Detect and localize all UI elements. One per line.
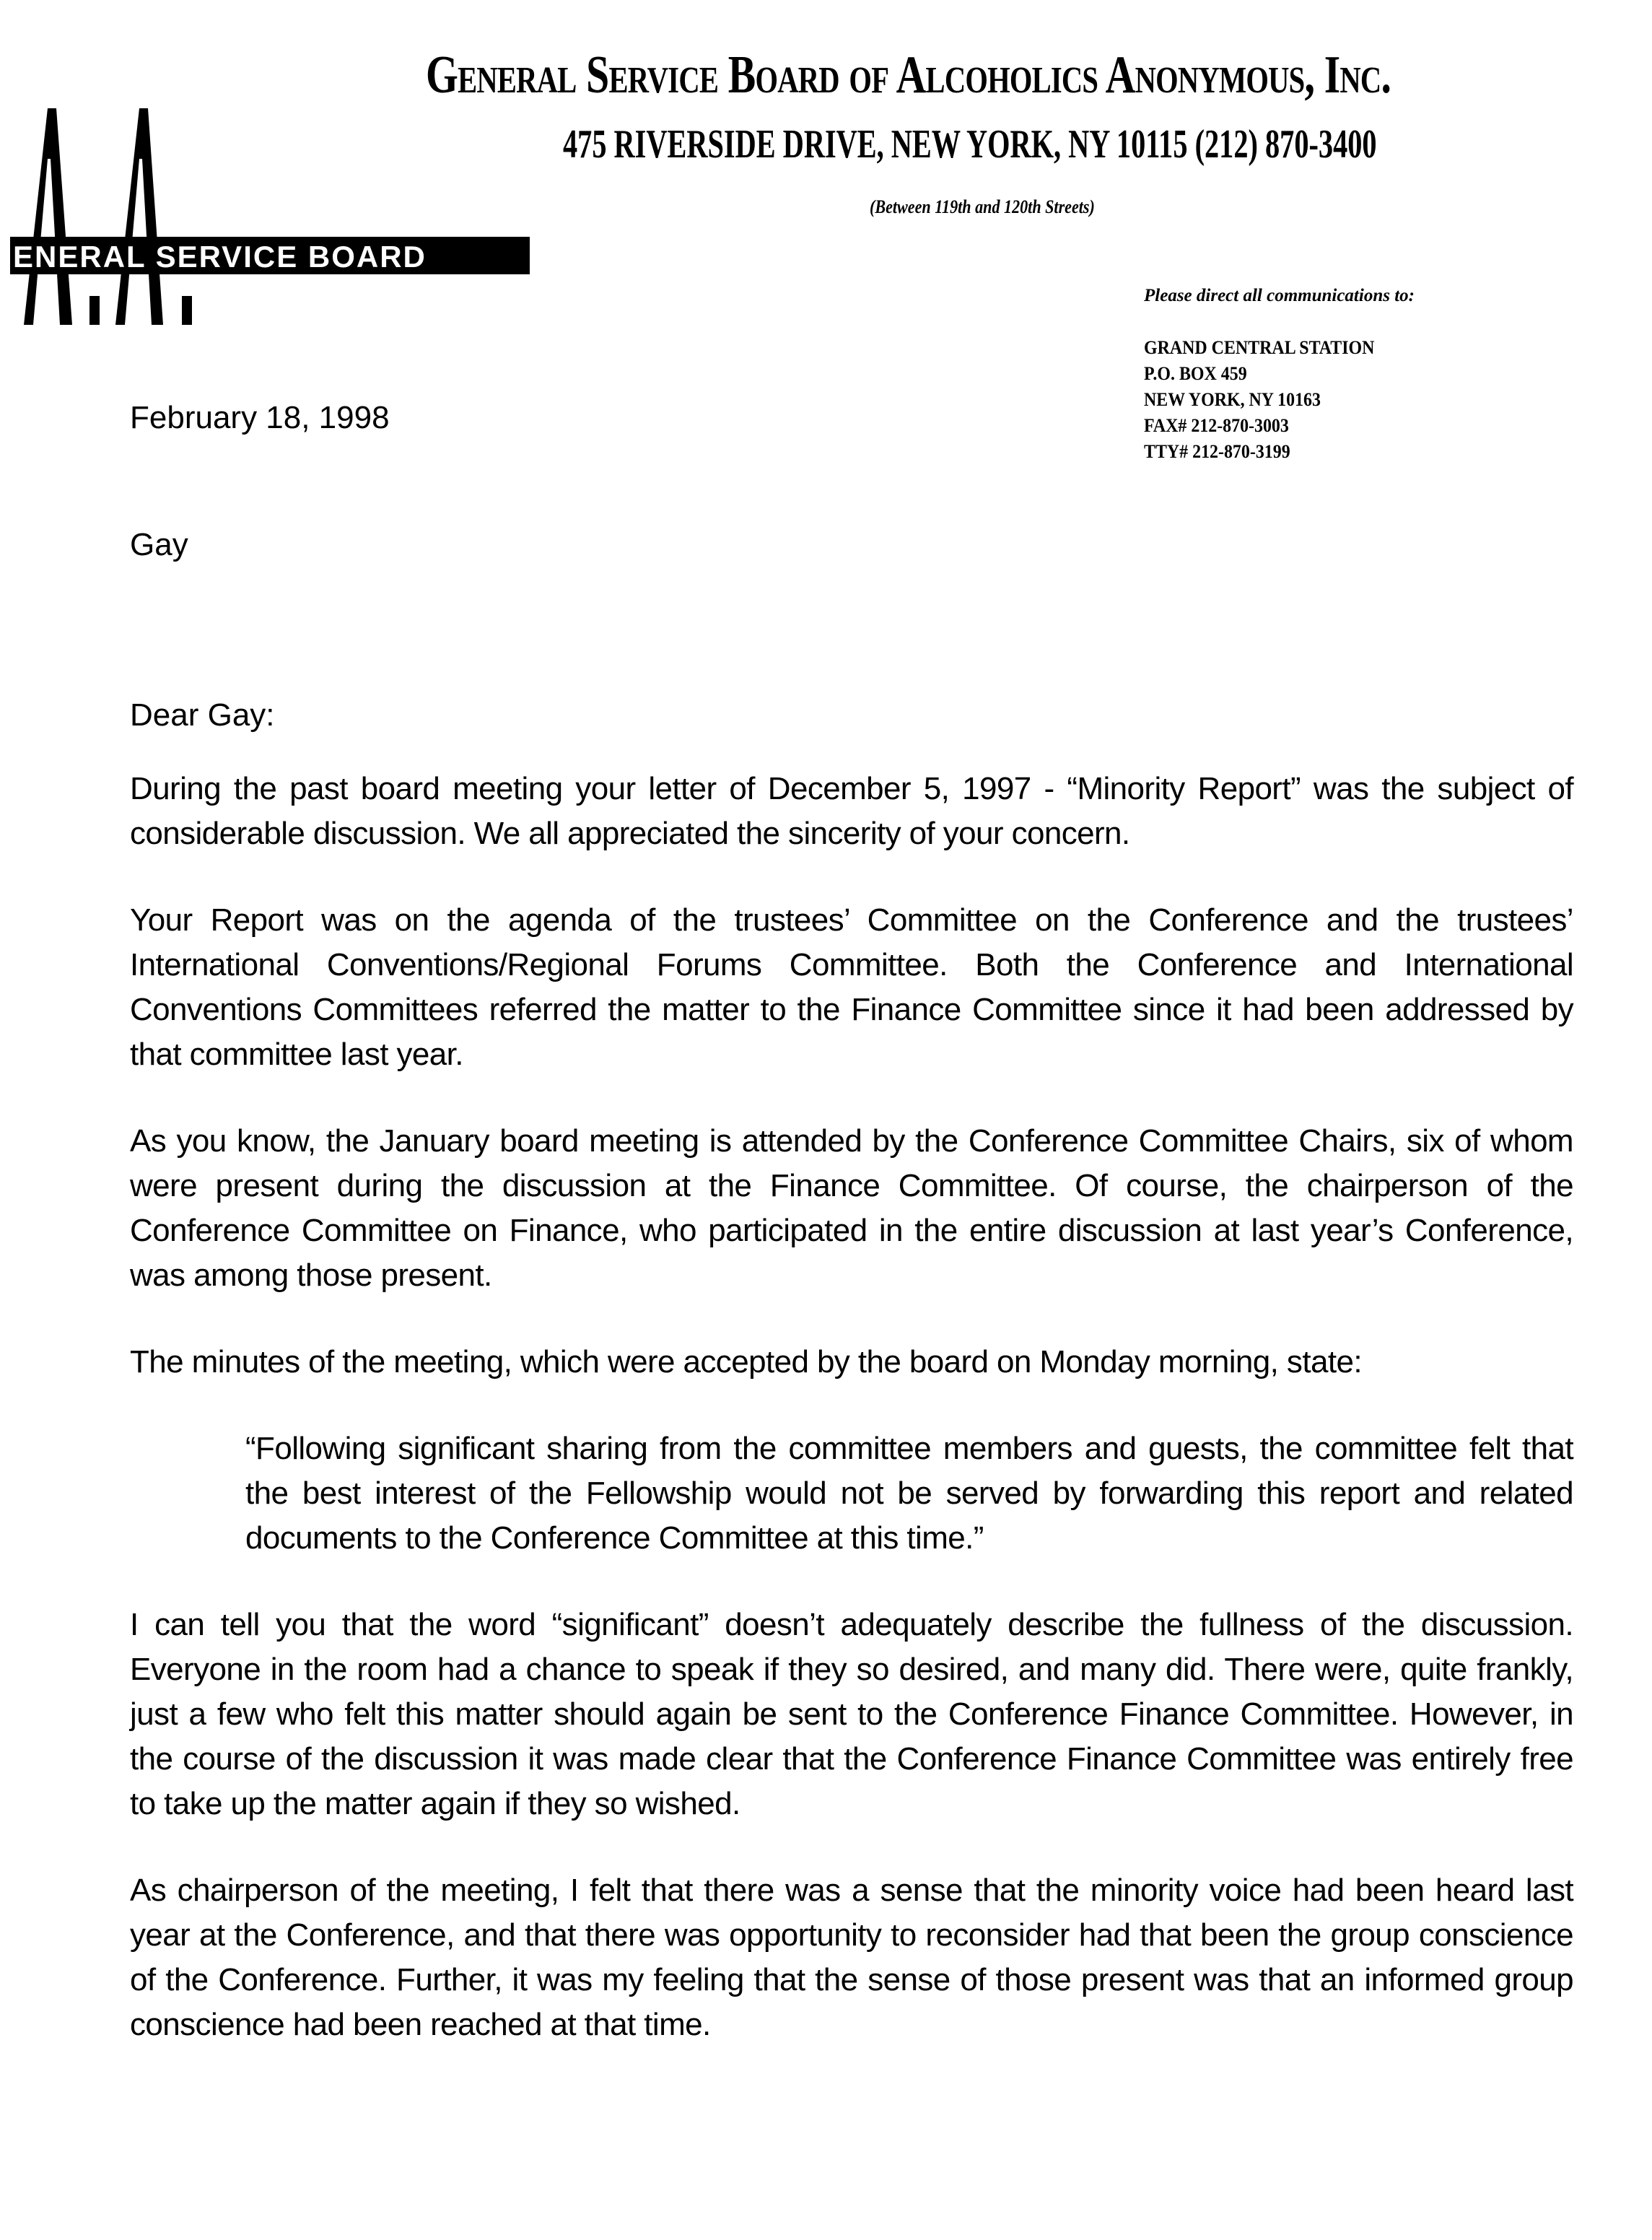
letter-page: ENERAL SERVICE BOARD General Service Boa… bbox=[0, 0, 1652, 2240]
paragraph-6: As chairperson of the meeting, I felt th… bbox=[130, 1868, 1573, 2047]
organization-address: 475 RIVERSIDE DRIVE, NEW YORK, NY 10115 … bbox=[563, 121, 1377, 167]
contact-note: Please direct all communications to: bbox=[1144, 286, 1415, 306]
cross-streets: (Between 119th and 120th Streets) bbox=[870, 196, 1095, 218]
paragraph-4: The minutes of the meeting, which were a… bbox=[130, 1340, 1573, 1385]
paragraph-5: I can tell you that the word “significan… bbox=[130, 1603, 1573, 1826]
letter-body: During the past board meeting your lette… bbox=[130, 767, 1573, 2089]
svg-text:ENERAL SERVICE BOARD: ENERAL SERVICE BOARD bbox=[13, 240, 427, 274]
aa-logo: ENERAL SERVICE BOARD bbox=[0, 108, 534, 325]
contact-line-station: GRAND CENTRAL STATION bbox=[1144, 335, 1393, 361]
paragraph-1: During the past board meeting your lette… bbox=[130, 767, 1573, 856]
letter-date: February 18, 1998 bbox=[130, 396, 1573, 440]
paragraph-3: As you know, the January board meeting i… bbox=[130, 1119, 1573, 1298]
contact-line-po-box: P.O. BOX 459 bbox=[1144, 361, 1393, 387]
aa-logo-icon: ENERAL SERVICE BOARD bbox=[0, 108, 534, 325]
minutes-quote: “Following significant sharing from the … bbox=[245, 1426, 1573, 1561]
paragraph-2: Your Report was on the agenda of the tru… bbox=[130, 898, 1573, 1077]
letter-recipient: Gay bbox=[130, 523, 1573, 567]
organization-name: General Service Board of Alcoholics Anon… bbox=[426, 45, 1371, 106]
letter-salutation: Dear Gay: bbox=[130, 693, 1573, 738]
contact-line-tty: TTY# 212-870-3199 bbox=[1144, 439, 1393, 465]
